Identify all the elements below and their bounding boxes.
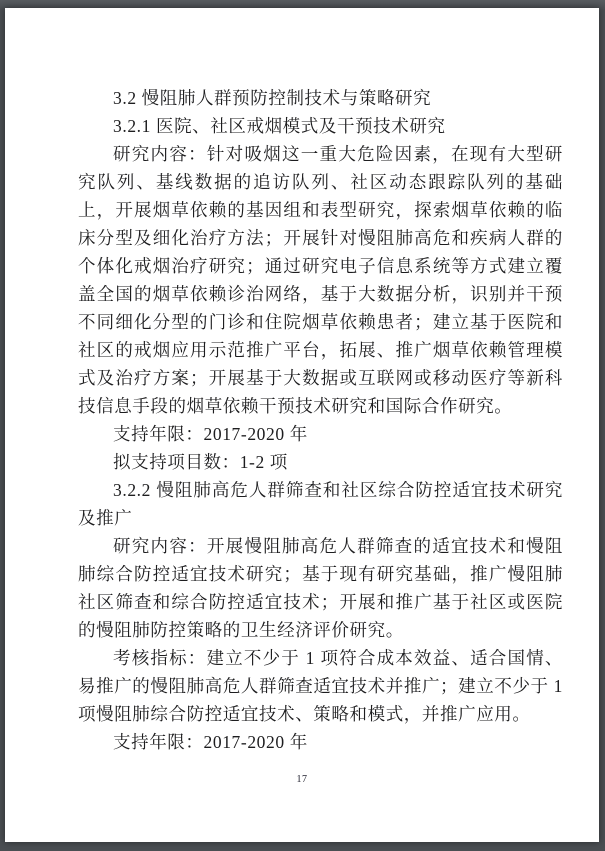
section-3-2-1-support-years: 支持年限：2017-2020 年 bbox=[78, 420, 563, 448]
section-3-2-2-research-content: 研究内容：开展慢阻肺高危人群筛查的适宜技术和慢阻肺综合防控适宜技术研究；基于现有… bbox=[78, 532, 563, 644]
document-page: 3.2 慢阻肺人群预防控制技术与策略研究 3.2.1 医院、社区戒烟模式及干预技… bbox=[5, 8, 599, 842]
section-3-2-1-project-count: 拟支持项目数：1-2 项 bbox=[78, 448, 563, 476]
section-3-2-2-assessment-indicators: 考核指标：建立不少于 1 项符合成本效益、适合国情、易推广的慢阻肺高危人群筛查适… bbox=[78, 644, 563, 728]
section-3-2-1-heading: 3.2.1 医院、社区戒烟模式及干预技术研究 bbox=[78, 112, 563, 140]
document-body: 3.2 慢阻肺人群预防控制技术与策略研究 3.2.1 医院、社区戒烟模式及干预技… bbox=[78, 84, 563, 756]
pdf-viewer-background: 3.2 慢阻肺人群预防控制技术与策略研究 3.2.1 医院、社区戒烟模式及干预技… bbox=[0, 0, 605, 851]
section-3-2-2-support-years: 支持年限：2017-2020 年 bbox=[78, 728, 563, 756]
section-3-2-heading: 3.2 慢阻肺人群预防控制技术与策略研究 bbox=[78, 84, 563, 112]
section-3-2-2-heading: 3.2.2 慢阻肺高危人群筛查和社区综合防控适宜技术研究及推广 bbox=[78, 476, 563, 532]
page-number: 17 bbox=[5, 774, 599, 785]
section-3-2-1-research-content: 研究内容：针对吸烟这一重大危险因素，在现有大型研究队列、基线数据的追访队列、社区… bbox=[78, 140, 563, 420]
